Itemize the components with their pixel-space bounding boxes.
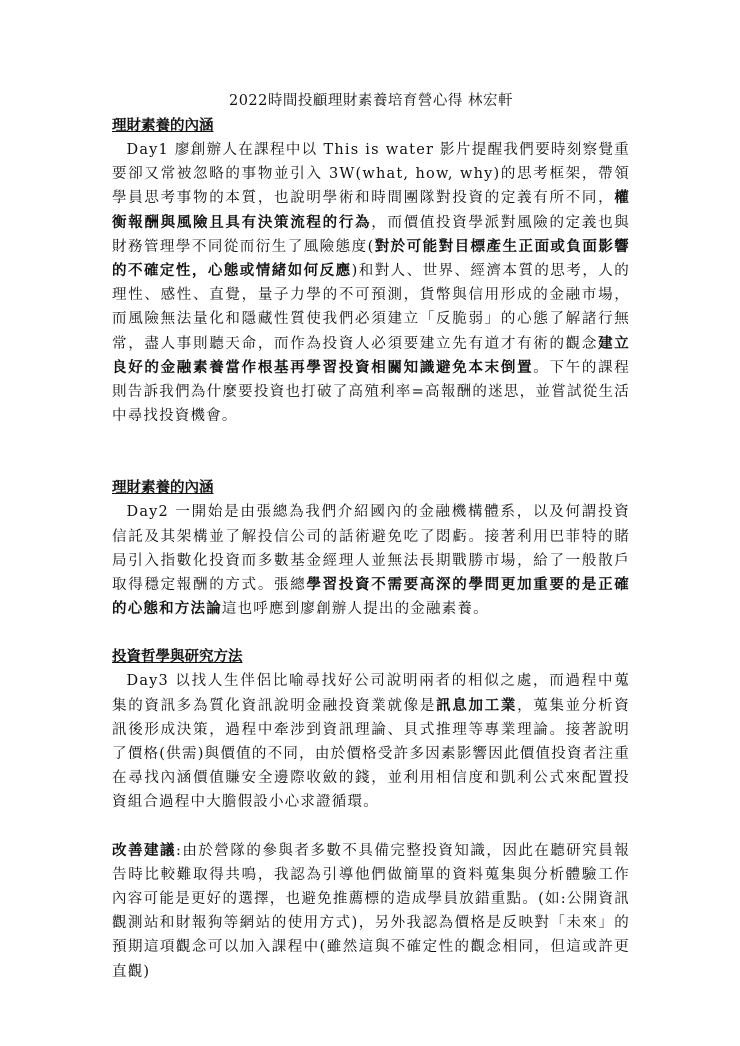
bold-text-run: 訊息加工業 bbox=[436, 697, 517, 714]
section-heading-day1: 理財素養的內涵 bbox=[112, 114, 630, 138]
document-page: 2022時間投顧理財素養培育營心得 林宏軒 理財素養的內涵 Day1 廖創辦人在… bbox=[112, 90, 630, 984]
spacer bbox=[112, 621, 630, 645]
section-heading-day3: 投資哲學與研究方法 bbox=[112, 645, 630, 669]
spacer bbox=[112, 815, 630, 839]
text-run: 這也呼應到廖創辦人提出的金融素養。 bbox=[222, 601, 489, 617]
text-run: ，蒐集並分析資訊後形成決策，過程中牽涉到資訊理論、貝式推理等專業理論。接著說明了… bbox=[112, 698, 630, 811]
spacer bbox=[112, 452, 630, 476]
suggestion-text: :由於營隊的參與者多數不具備完整投資知識，因此在聽研究員報告時比較難取得共鳴，我… bbox=[112, 843, 630, 980]
spacer bbox=[112, 428, 630, 452]
section-heading-day2: 理財素養的內涵 bbox=[112, 476, 630, 500]
document-title: 2022時間投顧理財素養培育營心得 林宏軒 bbox=[112, 90, 630, 112]
paragraph-day1: Day1 廖創辦人在課程中以 This is water 影片提醒我們要時刻察覺… bbox=[112, 138, 630, 428]
paragraph-day2: Day2 一開始是由張總為我們介紹國內的金融機構體系，以及何謂投資信託及其架構並… bbox=[112, 500, 630, 621]
text-run: Day1 廖創辦人在課程中以 This is water 影片提醒我們要時刻察覺… bbox=[112, 142, 630, 206]
paragraph-suggestion: 改善建議:由於營隊的參與者多數不具備完整投資知識，因此在聽研究員報告時比較難取得… bbox=[112, 839, 630, 984]
paragraph-day3: Day3 以找人生伴侶比喻尋找好公司說明兩者的相似之處，而過程中蒐集的資訊多為質… bbox=[112, 669, 630, 814]
suggestion-label: 改善建議 bbox=[112, 842, 176, 859]
